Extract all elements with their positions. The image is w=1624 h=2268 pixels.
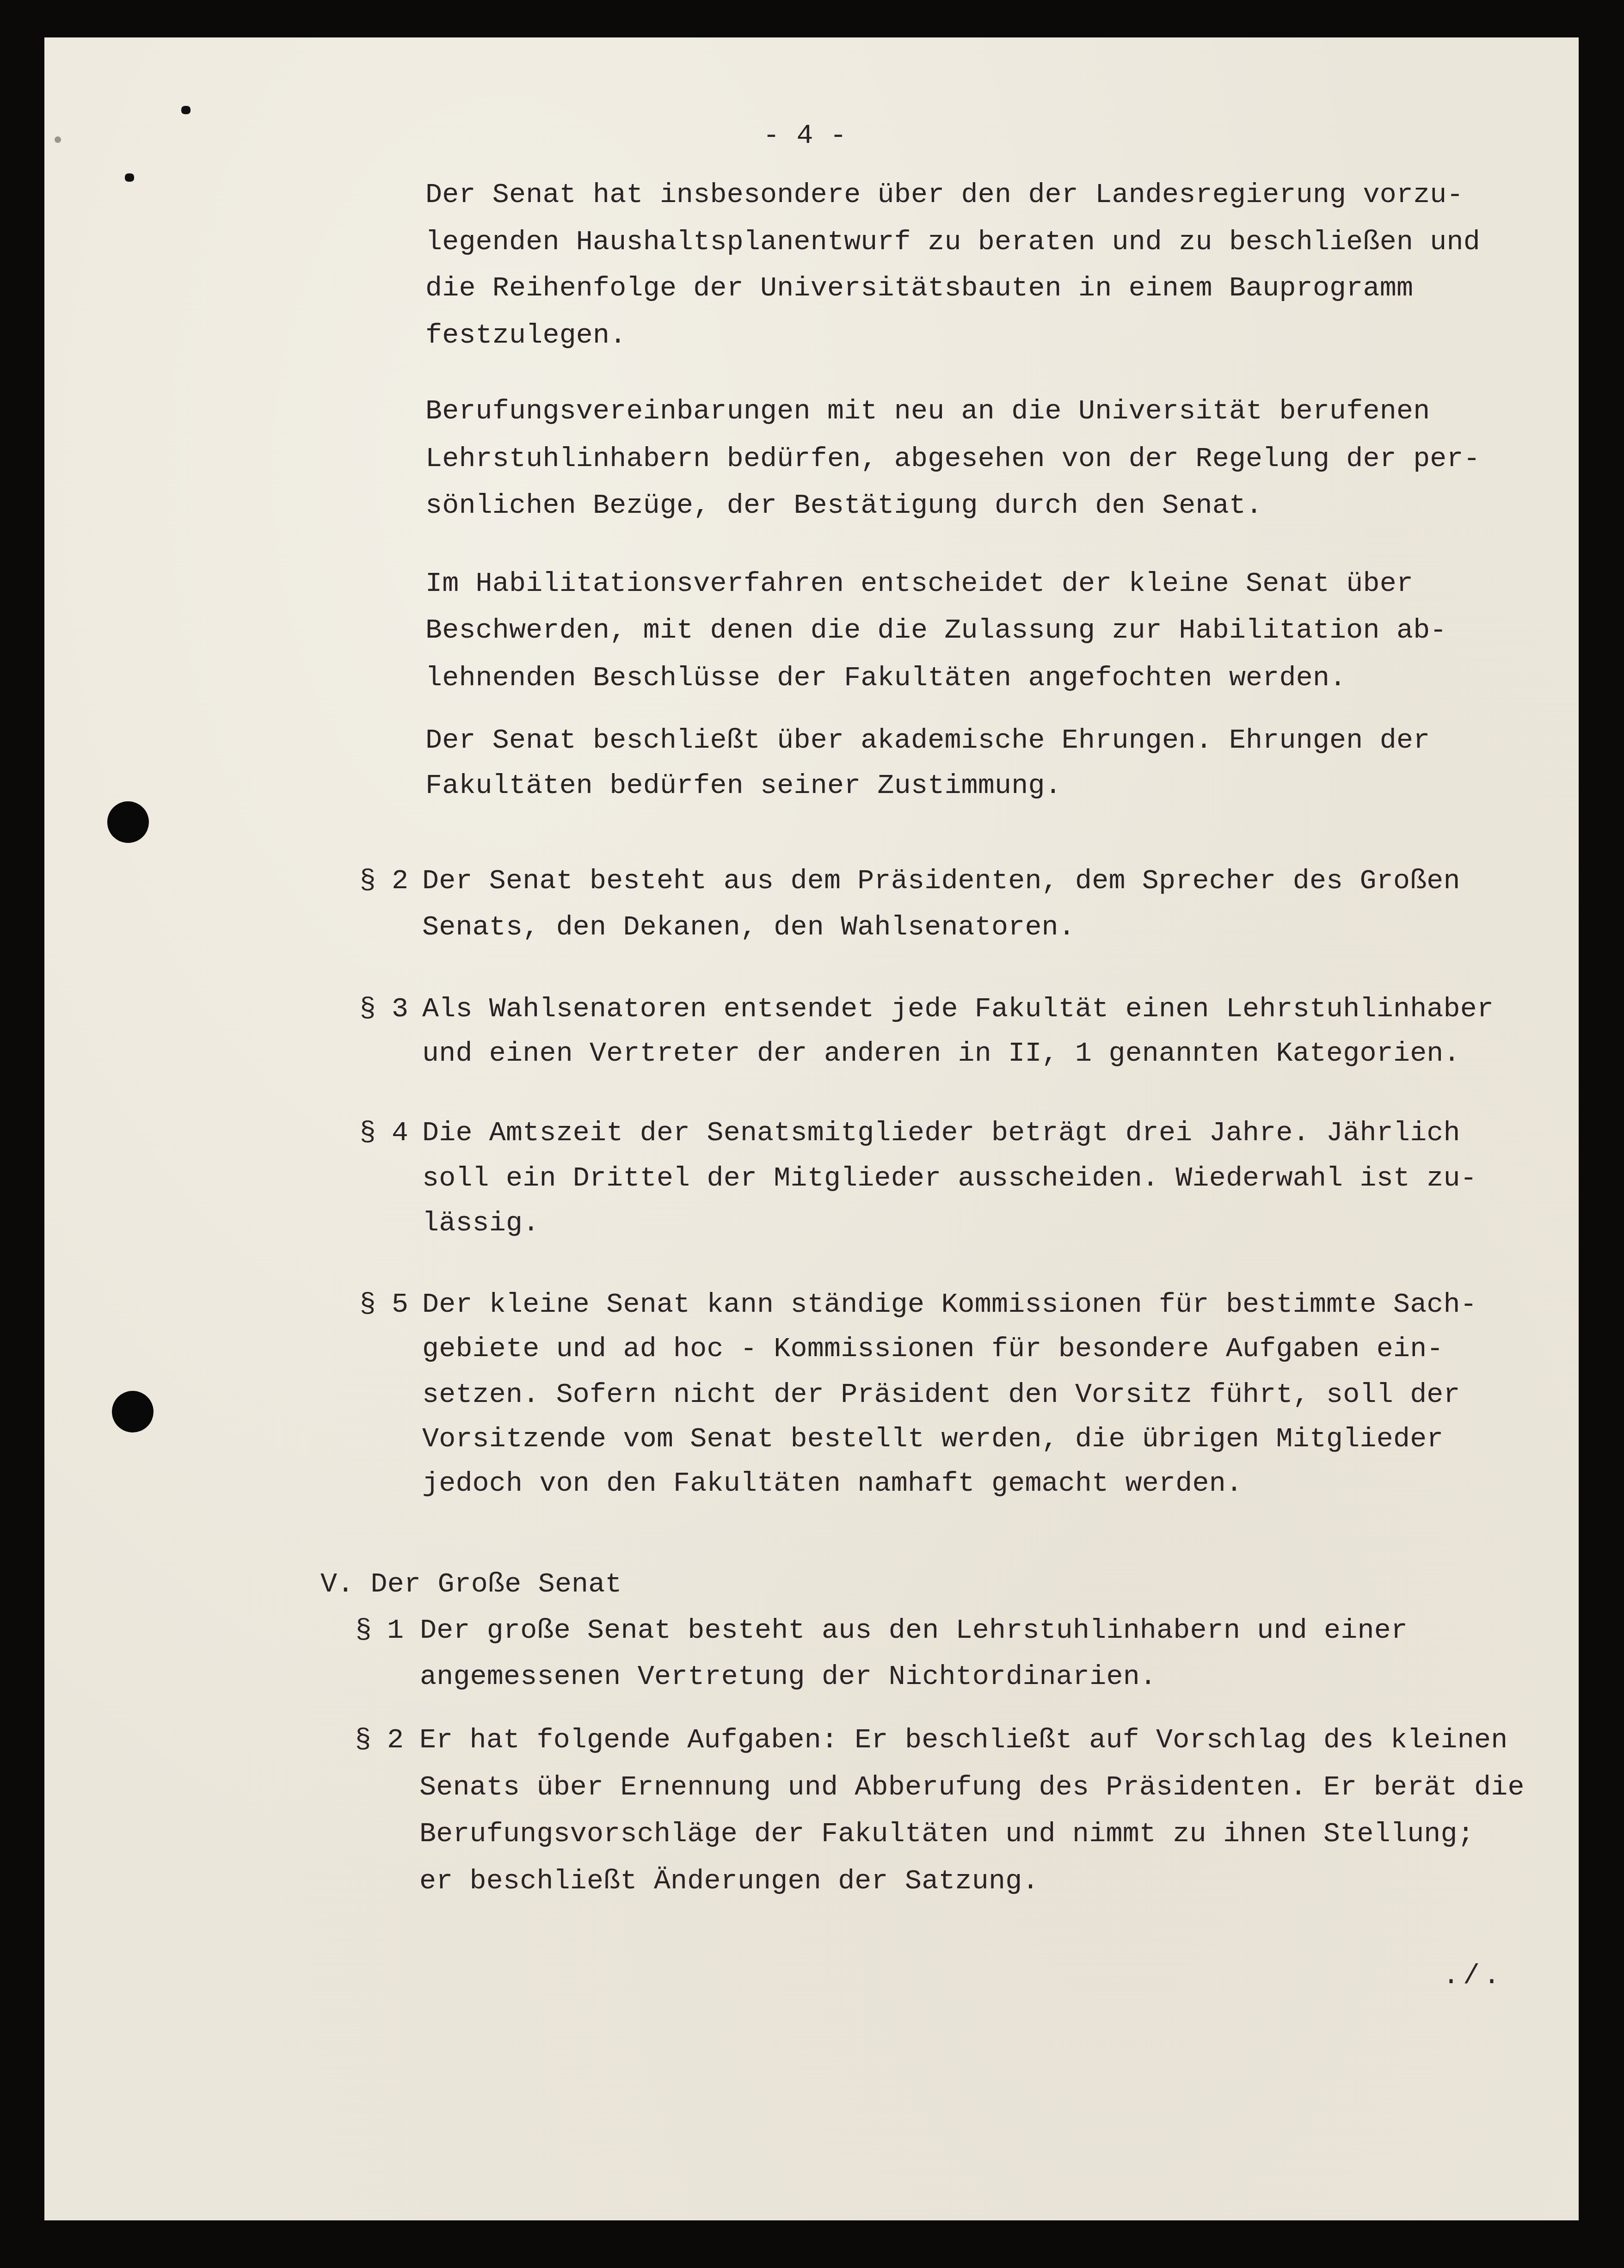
continuation-mark: ./. (1443, 1962, 1504, 1990)
pin-hole-mark (181, 106, 191, 114)
text-line: Als Wahlsenatoren entsendet jede Fakultä… (422, 996, 1494, 1023)
text-line: Der große Senat besteht aus den Lehrstuh… (420, 1617, 1408, 1645)
text-line: Berufungsvereinbarungen mit neu an die U… (425, 398, 1430, 425)
text-line: legenden Haushaltsplanentwurf zu beraten… (425, 228, 1480, 256)
text-line: festzulegen. (425, 322, 626, 350)
text-line: Senats über Ernennung und Abberufung des… (419, 1774, 1525, 1801)
section-symbol: § (359, 1119, 376, 1147)
punch-hole-upper (107, 801, 149, 843)
text-line: Die Amtszeit der Senatsmitglieder beträg… (422, 1119, 1460, 1147)
text-line: angemessenen Vertretung der Nichtordinar… (420, 1663, 1156, 1691)
section-number: 4 (392, 1119, 408, 1147)
section-symbol: § (359, 867, 376, 895)
text-line: lehnenden Beschlüsse der Fakultäten ange… (425, 664, 1346, 692)
text-line: Senats, den Dekanen, den Wahlsenatoren. (422, 914, 1075, 941)
section-heading: V. Der Große Senat (320, 1571, 622, 1598)
text-line: Im Habilitationsverfahren entscheidet de… (425, 570, 1413, 598)
section-number: 1 (387, 1617, 404, 1645)
text-line: gebiete und ad hoc - Kommissionen für be… (422, 1335, 1444, 1363)
text-line: Beschwerden, mit denen die die Zulassung… (425, 617, 1447, 645)
section-symbol: § (355, 1727, 371, 1754)
punch-hole-lower (112, 1391, 154, 1432)
text-line: sönlichen Bezüge, der Bestätigung durch … (425, 492, 1262, 520)
section-number: 5 (392, 1291, 408, 1319)
page-number: - 4 - (763, 122, 847, 150)
text-line: er beschließt Änderungen der Satzung. (419, 1868, 1039, 1895)
section-number: 2 (392, 867, 408, 895)
paper-spot (55, 136, 61, 143)
text-line: Der Senat beschließt über akademische Eh… (425, 727, 1430, 755)
text-line: lässig. (422, 1210, 539, 1237)
text-line: die Reihenfolge der Universitätsbauten i… (425, 275, 1413, 302)
text-line: setzen. Sofern nicht der Präsident den V… (422, 1381, 1460, 1409)
section-number: 2 (387, 1727, 404, 1754)
text-line: und einen Vertreter der anderen in II, 1… (422, 1040, 1460, 1068)
section-symbol: § (359, 996, 376, 1023)
text-line: Berufungsvorschläge der Fakultäten und n… (419, 1820, 1474, 1848)
text-line: soll ein Drittel der Mitglieder ausschei… (422, 1165, 1477, 1192)
section-number: 3 (392, 996, 408, 1023)
pin-hole-mark (125, 173, 134, 182)
text-line: Vorsitzende vom Senat bestellt werden, d… (422, 1426, 1444, 1453)
text-line: Der Senat hat insbesondere über den der … (425, 181, 1464, 209)
text-line: Lehrstuhlinhabern bedürfen, abgesehen vo… (425, 445, 1480, 473)
text-line: Fakultäten bedürfen seiner Zustimmung. (425, 772, 1062, 800)
section-symbol: § (355, 1617, 372, 1645)
text-line: jedoch von den Fakultäten namhaft gemach… (422, 1470, 1243, 1498)
text-line: Der kleine Senat kann ständige Kommissio… (422, 1291, 1477, 1319)
section-symbol: § (359, 1291, 376, 1319)
text-line: Der Senat besteht aus dem Präsidenten, d… (422, 867, 1460, 895)
text-line: Er hat folgende Aufgaben: Er beschließt … (419, 1727, 1507, 1754)
